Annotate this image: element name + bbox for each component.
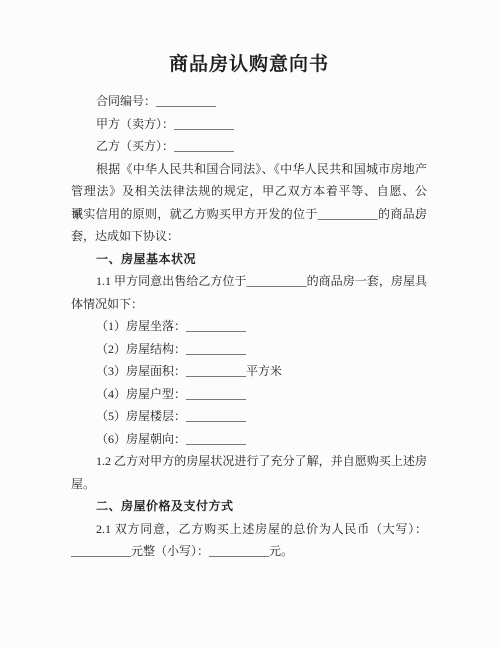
doc-section-heading: 一、房屋基本状况 xyxy=(71,248,427,271)
doc-line: 乙方（买方）：__________ xyxy=(71,135,427,158)
doc-line: 根据《中华人民共和国合同法》、《中华人民共和国城市房地产 xyxy=(71,158,427,181)
document-body: 合同编号：__________甲方（卖方）：__________乙方（买方）：_… xyxy=(71,90,427,563)
doc-line: （6）房屋朝向：__________ xyxy=(71,428,427,451)
doc-line: 合同编号：__________ xyxy=(71,90,427,113)
doc-line: 2.1 双方同意，乙方购买上述房屋的总价为人民币（大写）： xyxy=(71,518,427,541)
doc-line: 套，达成如下协议： xyxy=(71,225,427,248)
doc-line: 1.2 乙方对甲方的房屋状况进行了充分了解，并自愿购买上述房 xyxy=(71,450,427,473)
doc-line: 诚实信用的原则，就乙方购买甲方开发的位于__________的商品房一 xyxy=(71,203,427,226)
doc-line: 甲方（卖方）：__________ xyxy=(71,113,427,136)
document-page: 商品房认购意向书 合同编号：__________甲方（卖方）：_________… xyxy=(0,0,500,647)
doc-line: （2）房屋结构：__________ xyxy=(71,338,427,361)
doc-line: __________元整（小写）：__________元。 xyxy=(71,540,427,563)
doc-line: 体情况如下： xyxy=(71,293,427,316)
doc-line: （4）房屋户型：__________ xyxy=(71,383,427,406)
doc-line: （3）房屋面积：__________平方米 xyxy=(71,360,427,383)
doc-line: 1.1 甲方同意出售给乙方位于__________的商品房一套，房屋具 xyxy=(71,270,427,293)
document-title: 商品房认购意向书 xyxy=(71,53,427,77)
doc-line: （1）房屋坐落：__________ xyxy=(71,315,427,338)
doc-line: 管理法》及相关法律法规的规定，甲乙双方本着平等、自愿、公平、 xyxy=(71,180,427,203)
doc-line: （5）房屋楼层：__________ xyxy=(71,405,427,428)
doc-section-heading: 二、房屋价格及支付方式 xyxy=(71,495,427,518)
doc-line: 屋。 xyxy=(71,473,427,496)
